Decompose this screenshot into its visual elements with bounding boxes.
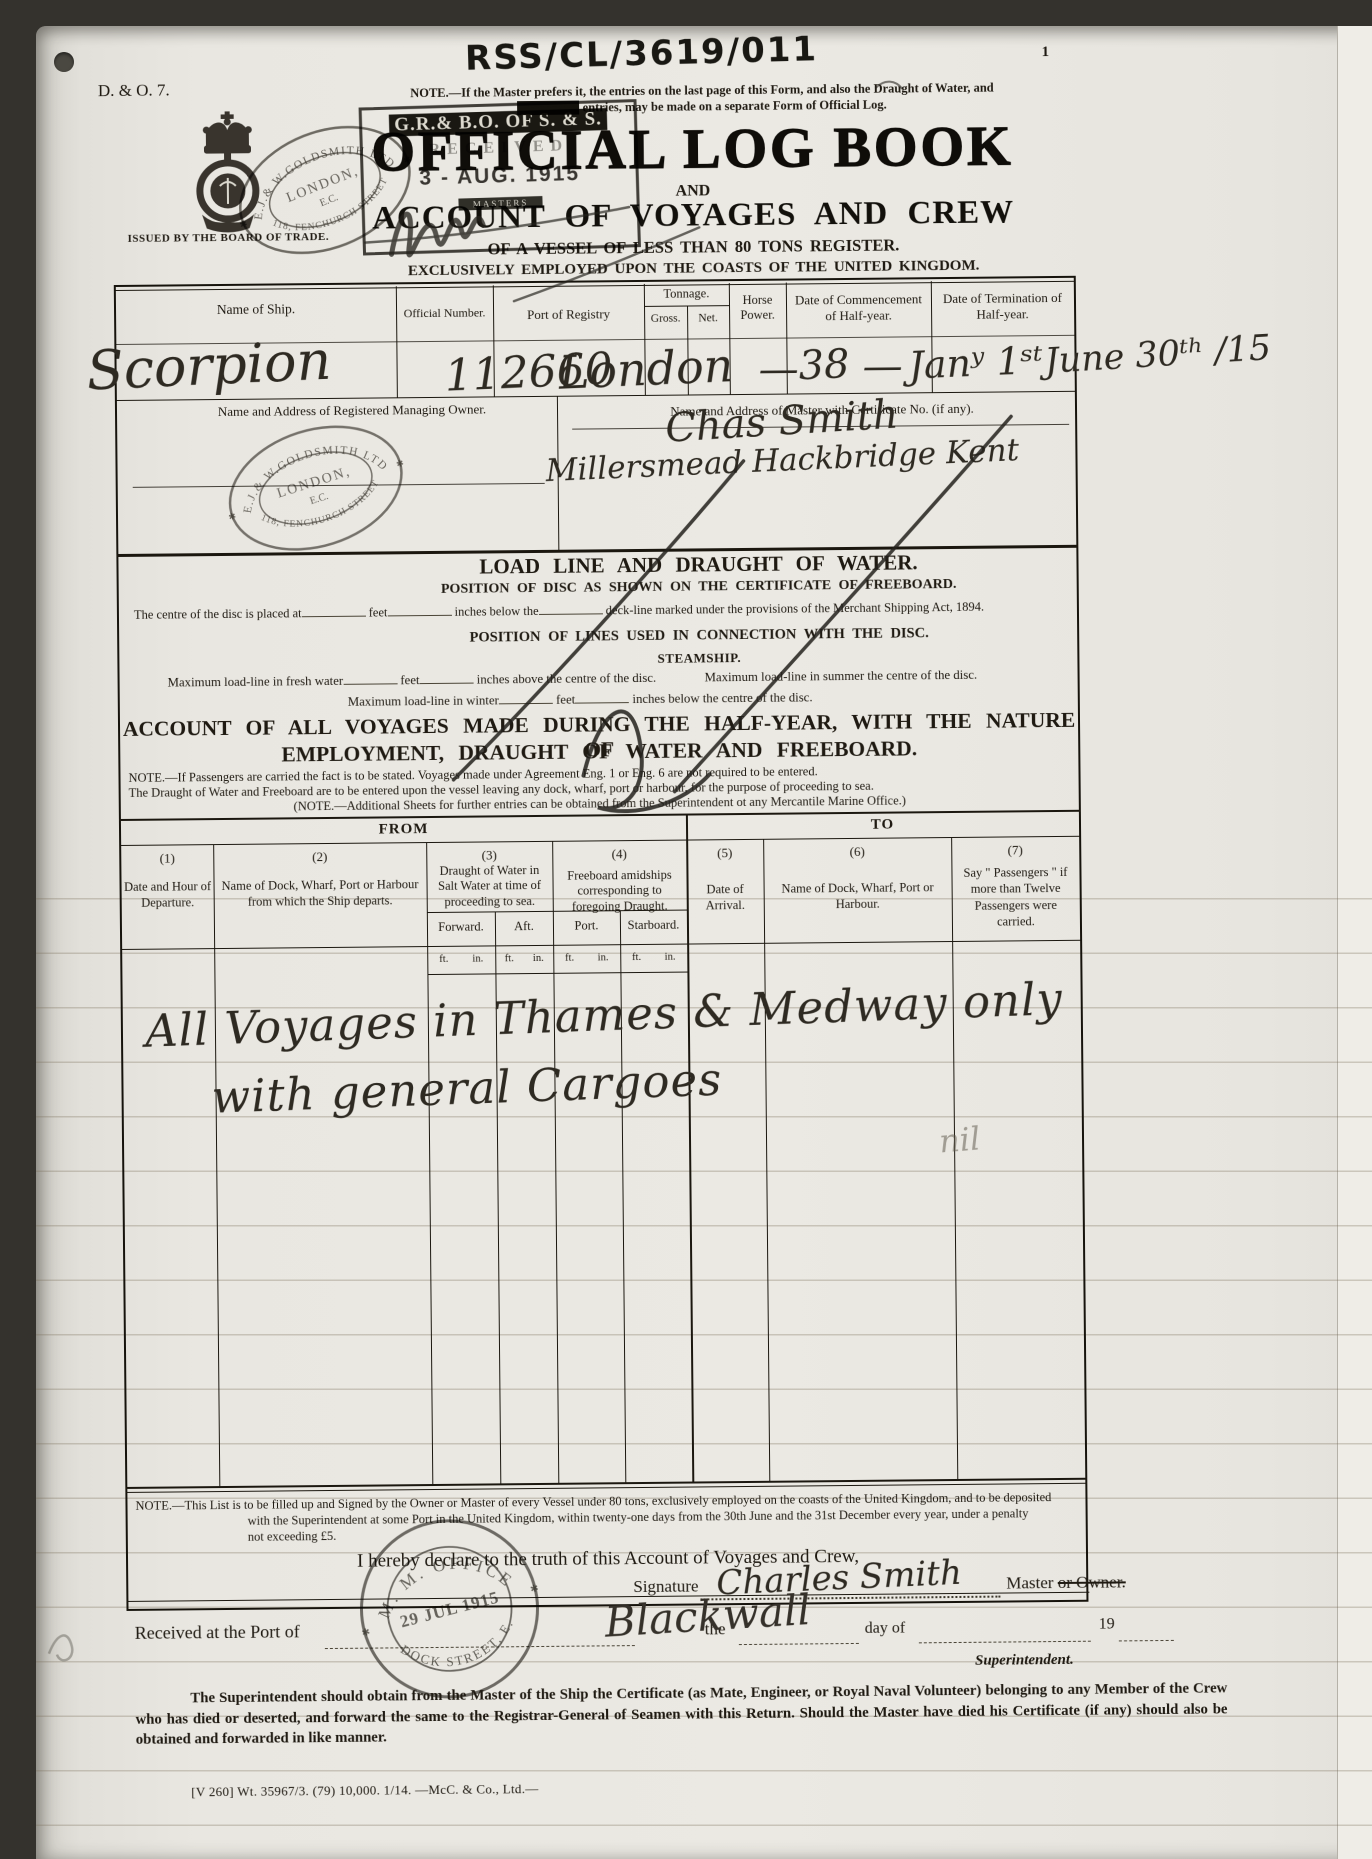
owner-struck: or Owner.: [1058, 1572, 1126, 1592]
received-at-label: Received at the Port of: [135, 1621, 300, 1644]
col7-number: (7): [951, 842, 1079, 859]
header-name-of-ship: Name of Ship.: [116, 300, 396, 319]
declaration-note3: not exceeding £5.: [248, 1529, 337, 1545]
net-tonnage-value: 38: [798, 341, 851, 389]
col7-label: Say " Passengers " if more than Twelve P…: [955, 864, 1076, 930]
port-label: Port.: [553, 918, 620, 934]
superintendent-paragraph: The Superintendent should obtain from th…: [135, 1678, 1228, 1751]
disc-line: The centre of the disc is placed at feet…: [134, 599, 984, 623]
col3-number: (3): [426, 847, 552, 864]
units-port: ft.in.: [553, 952, 620, 964]
col3-label: Draught of Water in Salt Water at time o…: [430, 863, 548, 910]
col5-number: (5): [686, 845, 763, 862]
lines-position-heading: POSITION OF LINES USED IN CONNECTION WIT…: [269, 623, 1129, 648]
year-prefix: 19: [1099, 1615, 1115, 1633]
port-of-registry-value: London: [557, 338, 734, 400]
mm-star-right: ✱: [529, 1583, 540, 1596]
received-stamp-label: RECEIVED: [363, 135, 635, 161]
received-stamp-org: G.R.& B.O. OF S. & S.: [389, 108, 607, 137]
ship-name-value: Scorpion: [85, 329, 332, 403]
units-starboard: ft.in.: [620, 952, 687, 964]
gross-tonnage-value: —: [758, 346, 798, 392]
form-code: D. & O. 7.: [98, 80, 170, 101]
nil-pencil-note: nil: [938, 1119, 982, 1160]
steamship-label: STEAMSHIP.: [269, 646, 1129, 670]
header-port-of-registry: Port of Registry: [493, 306, 644, 323]
units-aft: ft.in.: [495, 953, 553, 965]
print-code: [V 260] Wt. 35967/3. (79) 10,000. 1/14. …: [191, 1781, 538, 1800]
mm-date: 29 JUL 1915: [398, 1587, 501, 1631]
goldsmith2-star-left: ✱: [227, 511, 237, 523]
archive-reference-handwriting: RSS/CL/3619/011: [411, 28, 872, 80]
col4-label: Freeboard amidships corresponding to for…: [556, 868, 682, 915]
voyages-entry-line1: All Voyages in Thames & Medway only: [144, 972, 1063, 1058]
page-number: 1: [1042, 44, 1050, 61]
header-horse-power: Horse Power.: [729, 293, 786, 324]
header-gross: Gross.: [644, 313, 687, 325]
col6-number: (6): [763, 843, 951, 861]
day-of-label: day of: [865, 1619, 906, 1637]
aft-label: Aft.: [495, 919, 553, 935]
units-forward: ft.in.: [427, 953, 495, 965]
voyages-entry-line2: with general Cargoes: [211, 1053, 723, 1124]
col2-number: (2): [213, 848, 426, 866]
form-box: Name of Ship. Official Number. Port of R…: [114, 276, 1089, 1611]
col1-label: Date and Hour of Departure.: [123, 878, 211, 911]
header-tonnage: Tonnage.: [644, 286, 729, 302]
header-termination: Date of Termination of Half-year.: [933, 290, 1072, 324]
master-or-owner: Master or Owner.: [1006, 1572, 1126, 1593]
from-label: FROM: [121, 819, 686, 841]
to-label: TO: [686, 815, 1079, 836]
horse-power-value: —: [862, 343, 902, 389]
header-net: Net.: [687, 312, 729, 324]
col2-label: Name of Dock, Wharf, Port or Harbour fro…: [221, 876, 418, 910]
header-commencement: Date of Commencement of Half-year.: [788, 291, 929, 325]
forward-label: Forward.: [427, 919, 495, 935]
starboard-label: Starboard.: [620, 918, 687, 934]
goldsmith2-star-right: ✱: [395, 458, 405, 470]
winter-line: Maximum load-line in winter feet inches …: [348, 689, 813, 709]
col1-number: (1): [121, 850, 213, 867]
scanned-page: D. & O. 7. 1 RSS/CL/3619/011 NOTE.—If th…: [0, 0, 1372, 1859]
col4-number: (4): [552, 846, 686, 863]
goldsmith2-district: E.C.: [309, 491, 330, 507]
goldsmith-district: E.C.: [318, 192, 339, 209]
col5-label: Date of Arrival.: [687, 881, 764, 914]
superintendent-label: Superintendent.: [975, 1652, 1074, 1670]
header-official-number: Official Number.: [394, 305, 495, 321]
mm-star-left: ✱: [361, 1627, 372, 1640]
termination-value: June 30ᵗʰ /15: [1043, 328, 1272, 382]
col6-label: Name of Dock, Wharf, Port or Harbour.: [772, 879, 944, 913]
received-stamp-fragment: MASTERS: [459, 196, 543, 211]
received-stamp: G.R.& B.O. OF S. & S. RECEIVED 3 - AUG. …: [359, 99, 641, 255]
commencement-value: Janʸ 1ˢᵗ: [908, 338, 1044, 388]
